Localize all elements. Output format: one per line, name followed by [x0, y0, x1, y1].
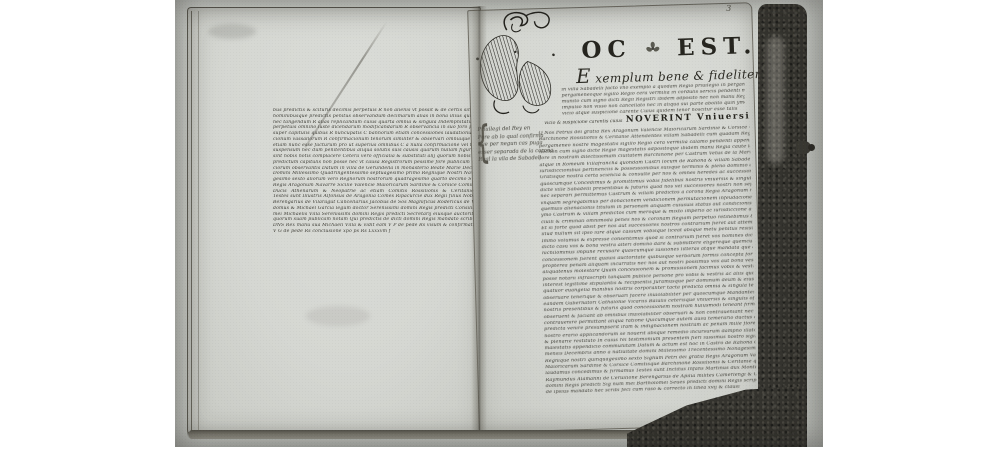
left-page: bus predictis & scituris decimis perpetu… — [187, 7, 481, 435]
margin-note: Priuilegi del Rey enPere ab lo qual conf… — [477, 124, 574, 165]
paper-stain — [306, 306, 370, 326]
book-photograph-page: bus predictis & scituris decimis perpetu… — [0, 0, 1000, 456]
page-heading: OC EST. — [581, 32, 758, 64]
heading-word-est: EST. — [677, 32, 758, 61]
book-clasp — [796, 141, 811, 154]
heading-word-oc: OC — [581, 36, 632, 64]
cover-worn-patch — [767, 36, 784, 164]
manuscript-photo: bus predictis & scituris decimis perpetu… — [175, 0, 823, 447]
manuscript-line: V G de pede Rs conclusione xpo ps Rs Lxx… — [273, 229, 474, 235]
left-page-text: bus predictis & scituris decimis perpetu… — [273, 108, 474, 235]
noverint-caps-text: NOVERINT Vniuersi — [626, 111, 751, 124]
right-page: 3 OC — [467, 2, 764, 433]
floral-ornament-icon — [645, 41, 660, 56]
privilege-body-text: Q Nos Petrus dei gratia Rex Aragonum Val… — [539, 125, 757, 397]
folio-number: 3 — [726, 4, 731, 13]
ink-smudge — [208, 24, 256, 39]
book-gutter-shadow — [471, 6, 487, 434]
